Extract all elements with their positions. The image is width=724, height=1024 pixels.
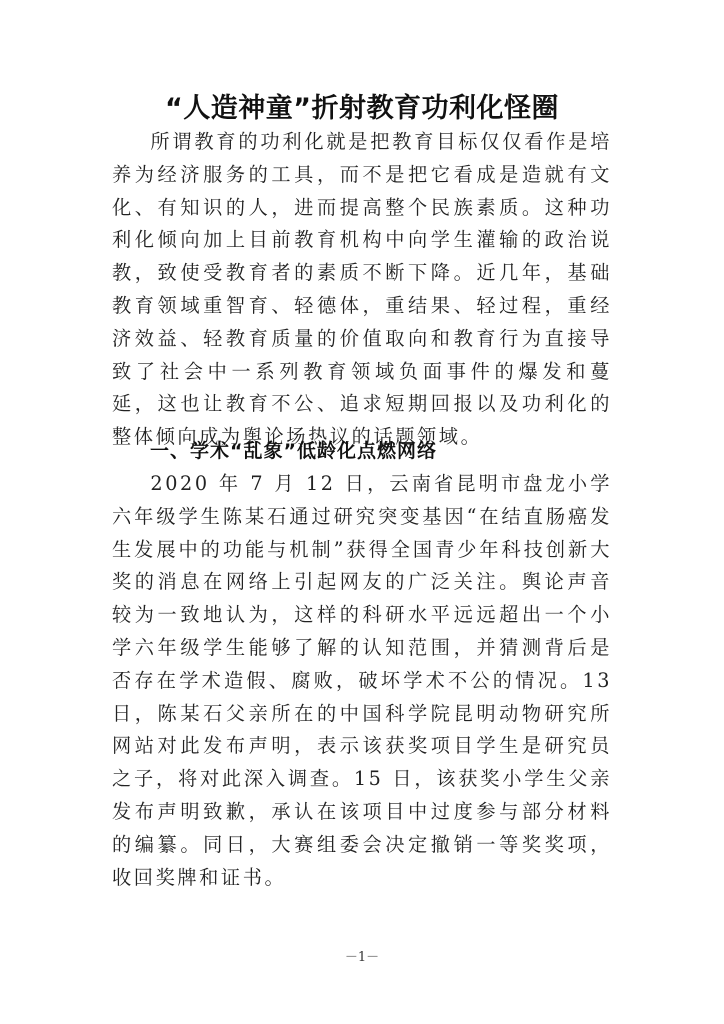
document-title: “人造神童”折射教育功利化怪圈 [0,86,724,125]
intro-section: 所谓教育的功利化就是把教育目标仅仅看作是培养为经济服务的工具，而不是把它看成是造… [112,126,612,454]
section-paragraph: 2020 年 7 月 12 日，云南省昆明市盘龙小学六年级学生陈某石通过研究突变… [112,468,612,894]
section-heading: 一、学术“乱象”低龄化点燃网络 [150,436,437,463]
page-number: －1－ [0,946,724,965]
section-body: 2020 年 7 月 12 日，云南省昆明市盘龙小学六年级学生陈某石通过研究突变… [112,468,612,894]
intro-paragraph: 所谓教育的功利化就是把教育目标仅仅看作是培养为经济服务的工具，而不是把它看成是造… [112,126,612,454]
